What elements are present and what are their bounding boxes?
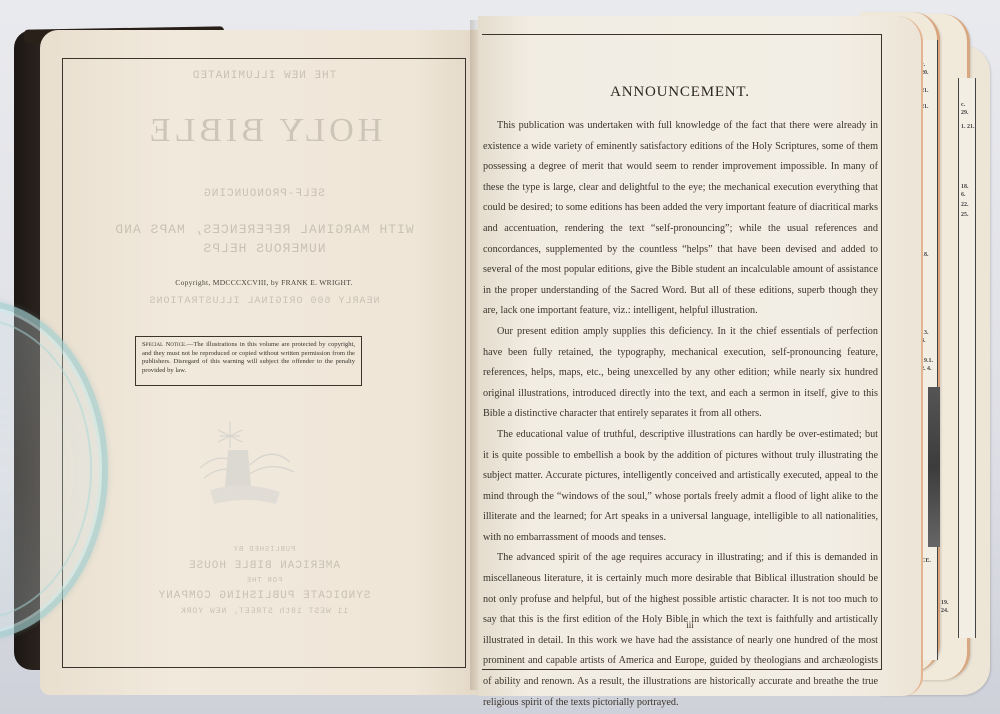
- bleed-through-text: THE NEW ILLUMINATED: [62, 70, 466, 82]
- edge-mark: 22.: [961, 202, 969, 208]
- bleed-through-text: SYNDICATE PUBLISHING COMPANY: [62, 590, 466, 602]
- bleed-through-text: SELF-PRONOUNCING: [62, 188, 466, 200]
- edge-mark: 19.: [941, 600, 949, 606]
- photo-scene: c. 20. 21. 21. 18. 13. 4. 19.1. 2. 4. CE…: [0, 0, 1000, 714]
- announcement-paragraph: Our present edition amply supplies this …: [483, 322, 878, 425]
- edge-mark: 24.: [941, 608, 949, 614]
- announcement-paragraph: This publication was undertaken with ful…: [483, 116, 878, 322]
- edge-mark: 18.: [961, 184, 969, 190]
- copyright-line: Copyright, MDCCCXCVIII, by FRANK E. WRIG…: [62, 278, 466, 287]
- bleed-through-emblem-icon: [190, 420, 300, 510]
- edge-mark: 1. 21.: [961, 124, 975, 130]
- page-number: iii: [480, 620, 900, 630]
- edge-illustration-strip: [928, 387, 940, 547]
- bleed-through-text: 11 WEST 18th STREET, NEW YORK: [62, 607, 466, 616]
- special-notice-box: Special Notice.—The illustrations in thi…: [135, 336, 362, 386]
- bleed-through-text: FOR THE: [62, 577, 466, 585]
- bleed-through-text: PUBLISHED BY: [62, 546, 466, 554]
- page-edge-column-2: c. 29. 1. 21. 18. 6. 22. 25. 19. 24.: [958, 78, 976, 638]
- edge-mark: 6.: [961, 192, 966, 198]
- announcement-paragraph: The advanced spirit of the age requires …: [483, 548, 878, 713]
- bleed-through-text: NUMEROUS HELPS: [62, 241, 466, 256]
- announcement-paragraph: The educational value of truthful, descr…: [483, 425, 878, 549]
- announcement-title: ANNOUNCEMENT.: [490, 84, 870, 101]
- edge-mark: 29.: [961, 110, 969, 116]
- edge-mark: c.: [961, 102, 965, 108]
- bleed-through-text: WITH MARGINAL REFERENCES, MAPS AND: [62, 222, 466, 237]
- edge-mark: 25.: [961, 212, 969, 218]
- bleed-through-title: HOLY BIBLE: [62, 112, 466, 150]
- bleed-through-text: NEARLY 600 ORIGINAL ILLUSTRATIONS: [62, 296, 466, 307]
- bleed-through-text: AMERICAN BIBLE HOUSE: [62, 560, 466, 572]
- special-notice-label: Special Notice.: [142, 341, 187, 348]
